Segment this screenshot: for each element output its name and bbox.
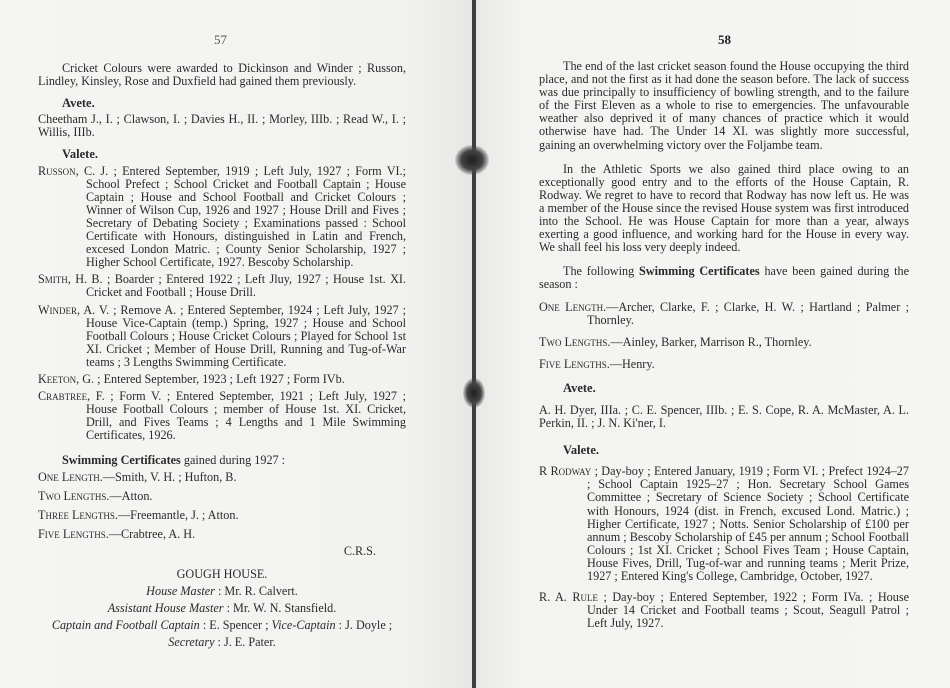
valete-heading: Valete. — [62, 148, 406, 161]
swim-item: Two Lengths.—Ainley, Barker, Marrison R.… — [539, 336, 909, 349]
valete-entry: R Rodway ; Day-boy ; Entered January, 19… — [539, 465, 909, 583]
swim-item: Five Lengths.—Crabtree, A. H. — [38, 528, 406, 541]
cricket-season-paragraph: The end of the last cricket season found… — [539, 60, 909, 152]
swim-item: Three Lengths.—Freemantle, J. ; Atton. — [38, 509, 406, 522]
swim-item: Two Lengths.—Atton. — [38, 490, 406, 503]
house-master: House Master : Mr. R. Calvert. — [38, 585, 406, 598]
assistant-house-master: Assistant House Master : Mr. W. N. Stans… — [38, 602, 406, 615]
page-57-body: Cricket Colours were awarded to Dickinso… — [38, 62, 406, 649]
page-57: 57 Cricket Colours were awarded to Dicki… — [0, 0, 475, 688]
swim-item: Five Lengths.—Henry. — [539, 358, 909, 371]
book-spread: 57 Cricket Colours were awarded to Dicki… — [0, 0, 950, 688]
athletic-sports-paragraph: In the Athletic Sports we also gained th… — [539, 163, 909, 255]
avete-list: A. H. Dyer, IIIa. ; C. E. Spencer, IIIb.… — [539, 404, 909, 430]
valete-entry: Smith, H. B. ; Boarder ; Entered 1922 ; … — [38, 273, 406, 299]
valete-entry: R. A. Rule ; Day-boy ; Entered September… — [539, 591, 909, 630]
swimming-intro: The following Swimming Certificates have… — [539, 265, 909, 291]
cricket-colours-paragraph: Cricket Colours were awarded to Dickinso… — [38, 62, 406, 88]
house-title: GOUGH HOUSE. — [38, 568, 406, 581]
avete-list: Cheetham J., I. ; Clawson, I. ; Davies H… — [38, 113, 406, 139]
valete-entry: Russon, C. J. ; Entered September, 1919 … — [38, 165, 406, 270]
valete-entry: Keeton, G. ; Entered September, 1923 ; L… — [38, 373, 406, 386]
ink-blot — [455, 145, 489, 175]
secretary: Secretary : J. E. Pater. — [38, 636, 406, 649]
avete-heading: Avete. — [62, 97, 406, 110]
avete-heading: Avete. — [563, 382, 909, 395]
signature: C.R.S. — [38, 545, 406, 558]
page-58-body: The end of the last cricket season found… — [539, 60, 909, 630]
swimming-heading: Swimming Certificates gained during 1927… — [38, 454, 406, 467]
page-number: 58 — [718, 32, 731, 48]
book-spine — [472, 0, 476, 688]
valete-entry: Winder, A. V. ; Remove A. ; Entered Sept… — [38, 304, 406, 369]
swim-item: One Length.—Archer, Clarke, F. ; Clarke,… — [539, 301, 909, 327]
captains: Captain and Football Captain : E. Spence… — [38, 619, 406, 632]
ink-blot — [463, 378, 485, 408]
swim-item: One Length.—Smith, V. H. ; Hufton, B. — [38, 471, 406, 484]
valete-heading: Valete. — [563, 444, 909, 457]
valete-entry: Crabtree, F. ; Form V. ; Entered Septemb… — [38, 390, 406, 442]
page-number: 57 — [214, 32, 227, 48]
